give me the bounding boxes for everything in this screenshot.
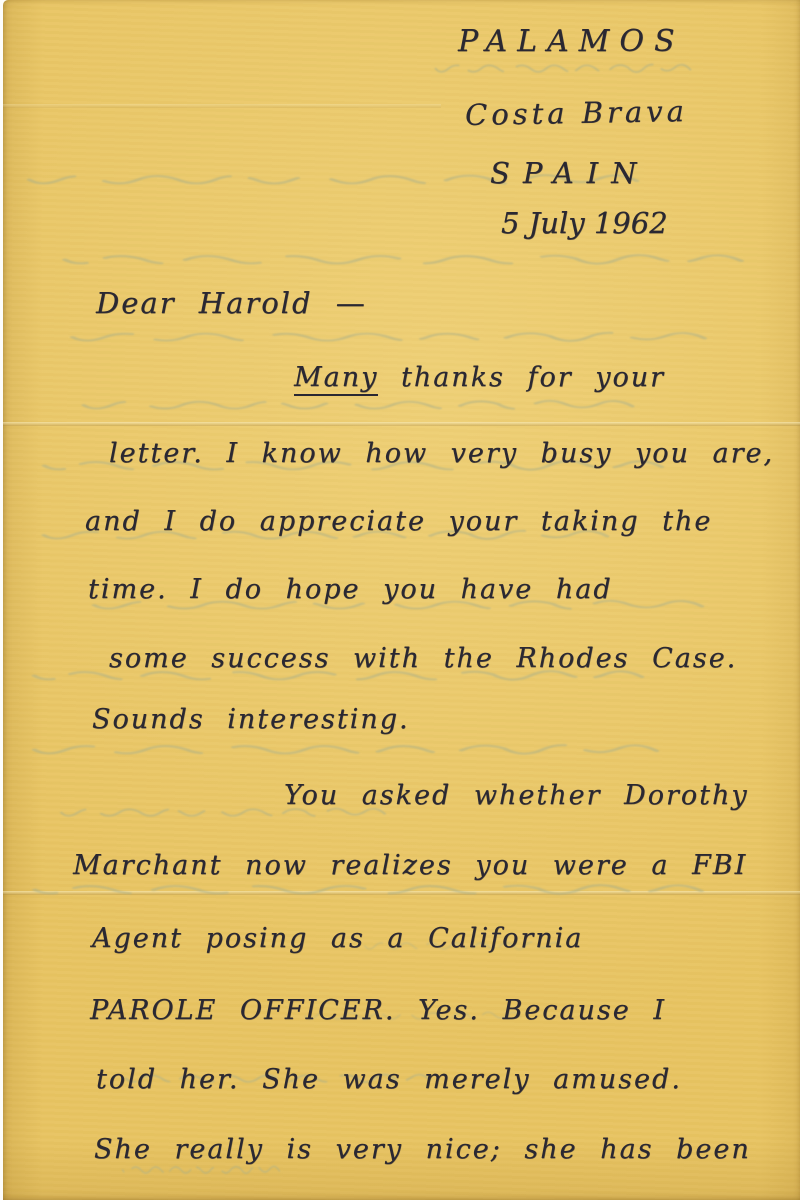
fold-crease-lower: [3, 891, 800, 895]
heading-city: PALAMOS: [458, 24, 685, 59]
body-line: Marchant now realizes you were a FBI: [73, 850, 747, 881]
heading-date: 5 July 1962: [501, 206, 668, 240]
salutation: Dear Harold —: [96, 286, 367, 320]
body-line: She really is very nice; she has been: [94, 1134, 751, 1165]
body-line: PAROLE OFFICER. Yes. Because I: [90, 995, 666, 1026]
bleed-through-line: [58, 250, 748, 267]
underlined-word: Many: [294, 362, 378, 396]
letter-paper: PALAMOS Costa Brava SPAIN 5 July 1962 De…: [3, 0, 800, 1200]
heading-country: SPAIN: [490, 156, 650, 190]
body-line: and I do appreciate your taking the: [85, 506, 712, 537]
para2-first-line: You asked whether Dorothy: [284, 780, 749, 811]
body-line: time. I do hope you have had: [88, 574, 613, 605]
body-line: Agent posing as a California: [92, 923, 583, 954]
bleed-through-line: [28, 880, 708, 897]
para1-lead-line: Many thanks for your: [294, 362, 665, 393]
body-line: told her. She was merely amused.: [96, 1064, 682, 1095]
body-line: Sounds interesting.: [92, 704, 410, 735]
scanned-letter-page: PALAMOS Costa Brava SPAIN 5 July 1962 De…: [0, 0, 800, 1200]
para1-lead-rest: thanks for your: [378, 362, 665, 393]
fold-crease-top: [3, 104, 441, 108]
bleed-through-line: [78, 396, 638, 412]
body-line: letter. I know how very busy you are,: [109, 438, 774, 469]
bleed-through-line: [66, 328, 711, 344]
heading-region: Costa Brava: [465, 94, 688, 132]
bleed-through-line: [433, 60, 693, 75]
body-line: some success with the Rhodes Case.: [109, 643, 737, 674]
fold-crease-upper: [3, 422, 800, 426]
bleed-through-line: [28, 740, 663, 757]
